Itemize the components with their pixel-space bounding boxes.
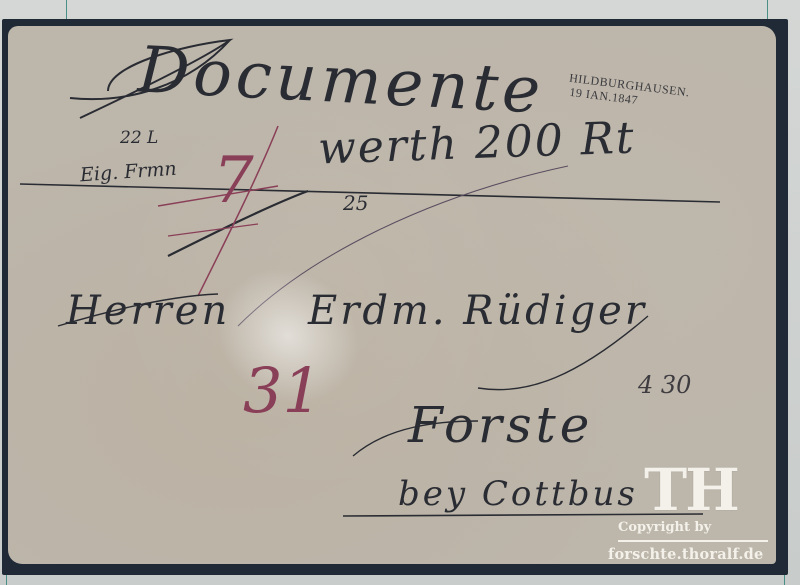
- addressee-salutation: Herren: [66, 288, 230, 334]
- copyright-label: Copyright by: [618, 520, 711, 535]
- watermark-url: forschte.thoralf.de: [608, 546, 763, 563]
- mount-line-top-left: [66, 0, 67, 19]
- mount-line-bottom-right: [784, 575, 785, 585]
- red-numeral-7: 7: [213, 144, 254, 218]
- destination-via: bey Cottbus: [398, 474, 638, 514]
- mount-line-top-right: [767, 0, 768, 19]
- postmark-year: 1847: [611, 90, 639, 107]
- below-rule-note: 25: [343, 191, 368, 215]
- copyright-watermark: TH Copyright by forschte.thoralf.de: [606, 460, 776, 570]
- destination: Forste: [408, 396, 593, 454]
- mount-line-bottom-left: [6, 575, 7, 585]
- pencil-note: 4 30: [638, 371, 691, 399]
- th-logo: TH: [606, 460, 776, 520]
- postmark-day: 19: [569, 85, 584, 100]
- addressee-name: Erdm. Rüdiger: [308, 288, 647, 334]
- watermark-divider: [618, 540, 768, 542]
- left-note-amount: 22 L: [120, 128, 158, 148]
- red-numeral-31: 31: [243, 354, 322, 427]
